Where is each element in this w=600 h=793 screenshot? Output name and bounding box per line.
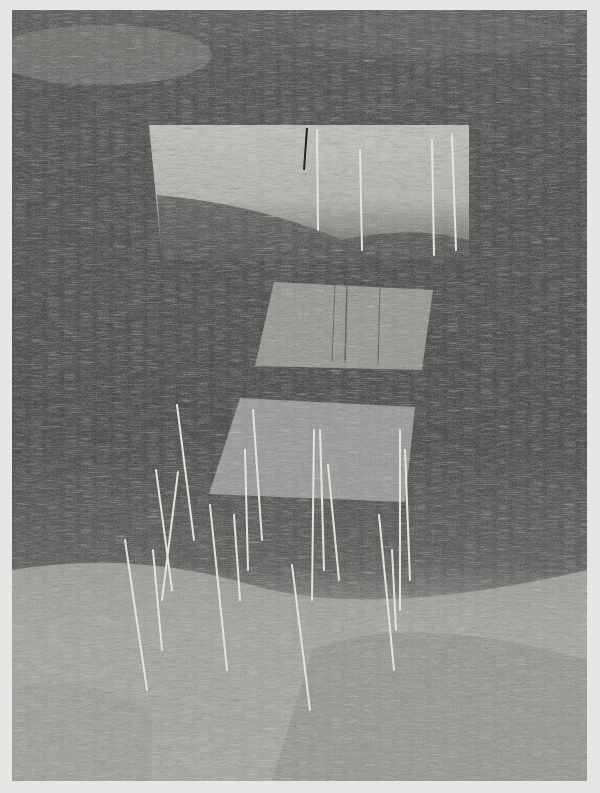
photograph	[12, 10, 587, 781]
